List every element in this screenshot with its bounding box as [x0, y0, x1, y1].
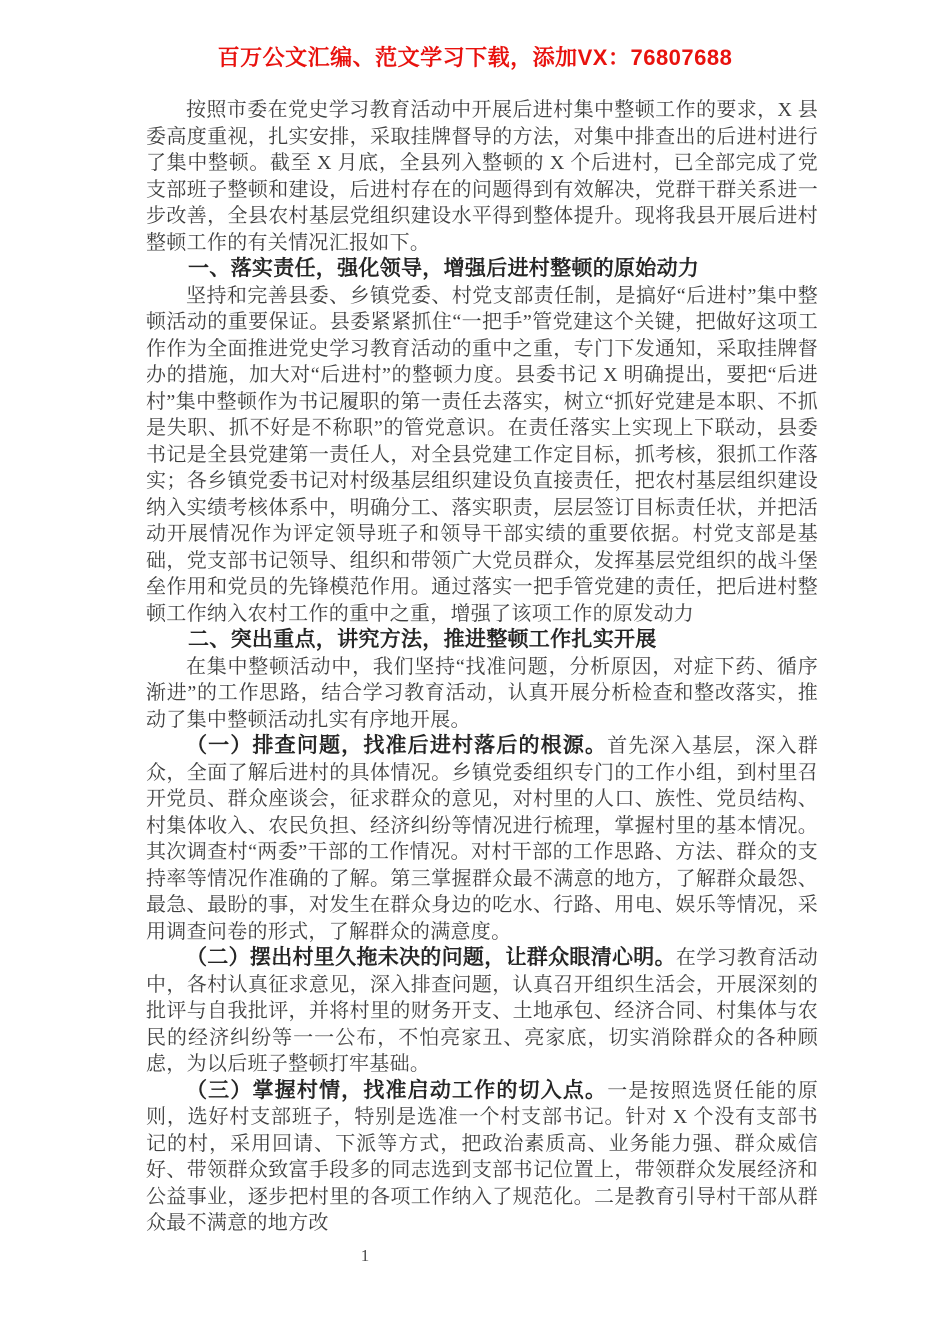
- page-number: 1: [355, 1246, 375, 1266]
- subheading-1: （一）排查问题，找准后进村落后的根源。: [186, 734, 607, 757]
- paragraph-subsection-3: （三）掌握村情，找准启动工作的切入点。一是按照选贤任能的原则，选好村支部班子，特…: [146, 1078, 818, 1237]
- subheading-2: （二）摆出村里久拖未决的问题，让群众眼清心明。: [186, 946, 676, 969]
- heading-section-2: 二、突出重点，讲究方法，推进整顿工作扎实开展: [146, 627, 818, 654]
- paragraph-subsection-1: （一）排查问题，找准后进村落后的根源。首先深入基层，深入群众，全面了解后进村的具…: [146, 733, 818, 945]
- paragraph-subsection-2: （二）摆出村里久拖未决的问题，让群众眼清心明。在学习教育活动中，各村认真征求意见…: [146, 945, 818, 1078]
- paragraph-section-1: 坚持和完善县委、乡镇党委、村党支部责任制，是搞好“后进村”集中整顿活动的重要保证…: [146, 283, 818, 628]
- document-body: 按照市委在党史学习教育活动中开展后进村集中整顿工作的要求，X 县委高度重视，扎实…: [146, 97, 818, 1237]
- promo-header: 百万公文汇编、范文学习下载，添加VX：76807688: [0, 0, 950, 73]
- paragraph-intro: 按照市委在党史学习教育活动中开展后进村集中整顿工作的要求，X 县委高度重视，扎实…: [146, 97, 818, 256]
- paragraph-section-2-intro: 在集中整顿活动中，我们坚持“找准问题，分析原因，对症下药、循序渐进”的工作思路，…: [146, 654, 818, 734]
- subsection-1-text: 首先深入基层，深入群众，全面了解后进村的具体情况。乡镇党委组织专门的工作小组，到…: [146, 735, 818, 943]
- subheading-3: （三）掌握村情，找准启动工作的切入点。: [186, 1079, 607, 1102]
- heading-section-1: 一、落实责任，强化领导，增强后进村整顿的原始动力: [146, 256, 818, 283]
- subsection-3-text: 一是按照选贤任能的原则，选好村支部班子，特别是选准一个村支部书记。针对 X 个没…: [146, 1080, 818, 1235]
- document-page: 百万公文汇编、范文学习下载，添加VX：76807688 按照市委在党史学习教育活…: [0, 0, 950, 1344]
